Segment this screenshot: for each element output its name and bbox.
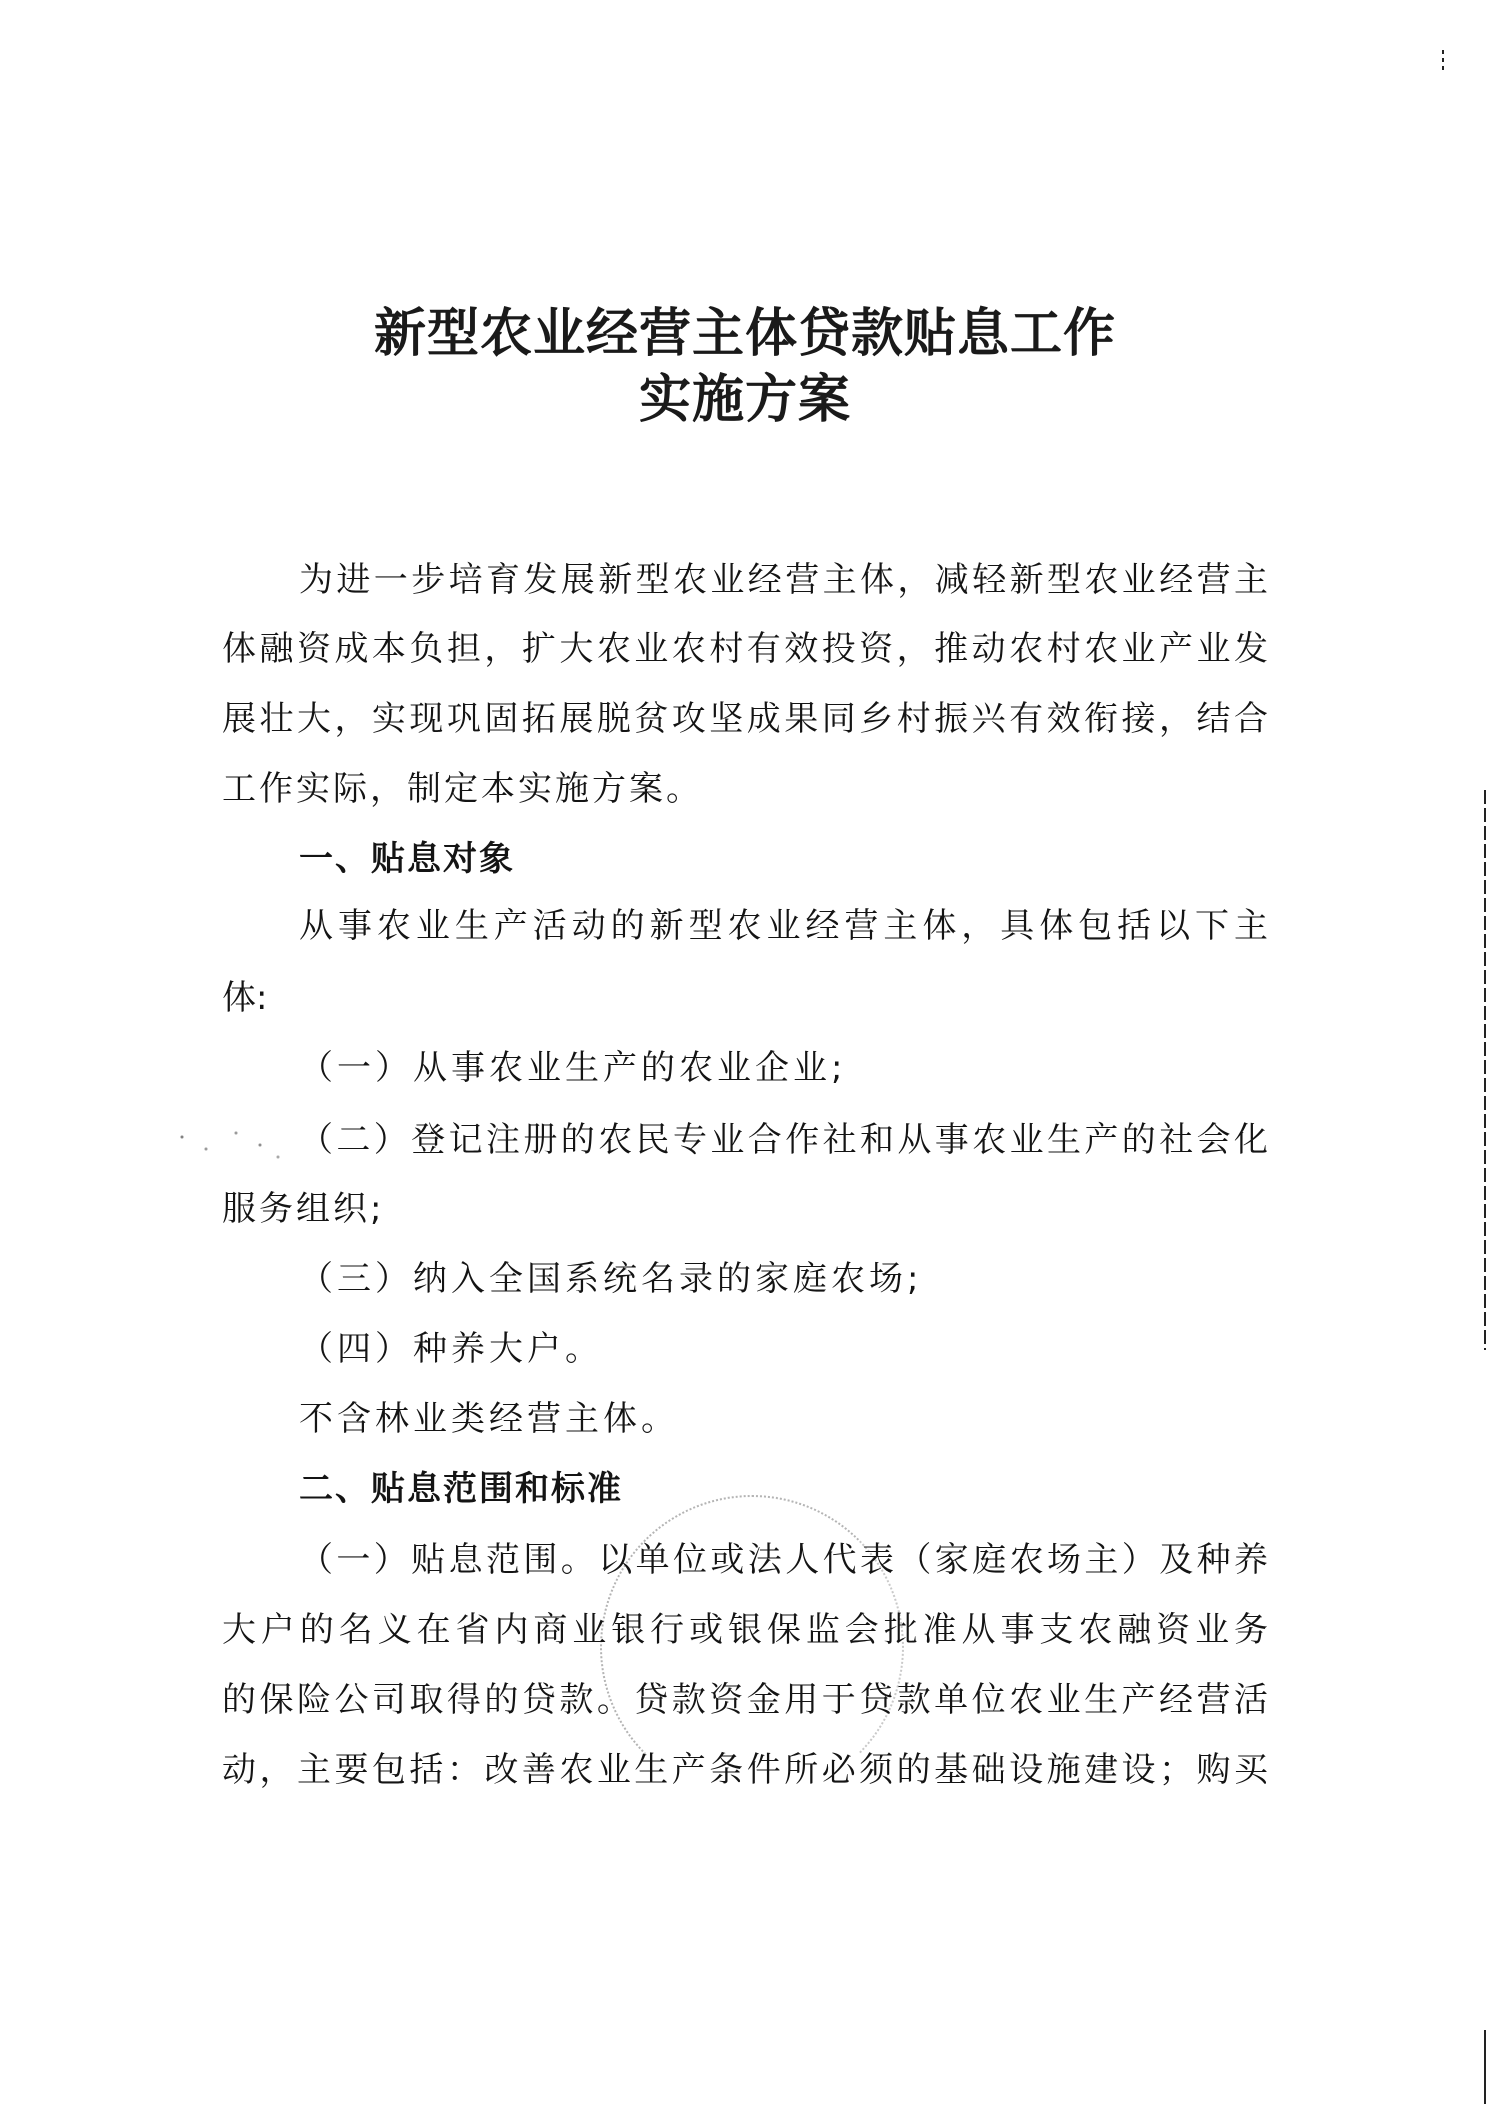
paragraph-intro-line-3: 展壮大，实现巩固拓展脱贫攻坚成果同乡村振兴有效衔接，结合 — [222, 699, 1268, 739]
list-item-large-growers: （四）种养大户。 — [299, 1329, 603, 1369]
scan-speckle — [170, 1125, 290, 1165]
paragraph-scope-line-3: 的保险公司取得的贷款。贷款资金用于贷款单位农业生产经营活 — [222, 1680, 1268, 1720]
paragraph-exclusion-note: 不含林业类经营主体。 — [299, 1399, 679, 1439]
paragraph-scope-line-2: 大户的名义在省内商业银行或银保监会批准从事支农融资业务 — [222, 1610, 1268, 1650]
document-title-line-1: 新型农业经营主体贷款贴息工作 — [0, 308, 1490, 360]
document-title-line-2: 实施方案 — [0, 374, 1490, 426]
list-item-cooperatives-line-1: （二）登记注册的农民专业合作社和从事农业生产的社会化 — [299, 1120, 1268, 1160]
paragraph-targets-line-2: 体: — [222, 978, 267, 1018]
section-heading-subsidy-targets: 一、贴息对象 — [299, 839, 515, 879]
paragraph-intro-line-2: 体融资成本负担，扩大农业农村有效投资，推动农村农业产业发 — [222, 629, 1268, 669]
paragraph-scope-line-1: （一）贴息范围。以单位或法人代表（家庭农场主）及种养 — [299, 1540, 1268, 1580]
paragraph-intro-line-4: 工作实际，制定本实施方案。 — [222, 769, 703, 809]
list-item-family-farms: （三）纳入全国系统名录的家庭农场; — [299, 1259, 922, 1299]
list-item-agricultural-enterprises: （一）从事农业生产的农业企业; — [299, 1048, 846, 1088]
paragraph-intro-line-1: 为进一步培育发展新型农业经营主体，减轻新型农业经营主 — [299, 560, 1268, 600]
list-item-cooperatives-line-2: 服务组织; — [222, 1189, 384, 1229]
scan-edge-line — [1484, 790, 1486, 1350]
section-heading-scope-and-standards: 二、贴息范围和标准 — [299, 1469, 623, 1509]
scan-edge-mark — [1442, 50, 1444, 70]
document-page: 新型农业经营主体贷款贴息工作 实施方案 为进一步培育发展新型农业经营主体，减轻新… — [0, 0, 1490, 2104]
paragraph-targets-line-1: 从事农业生产活动的新型农业经营主体，具体包括以下主 — [299, 906, 1268, 946]
paragraph-scope-line-4: 动，主要包括：改善农业生产条件所必须的基础设施建设；购买 — [222, 1750, 1268, 1790]
scan-edge-line-bottom — [1484, 2030, 1486, 2104]
